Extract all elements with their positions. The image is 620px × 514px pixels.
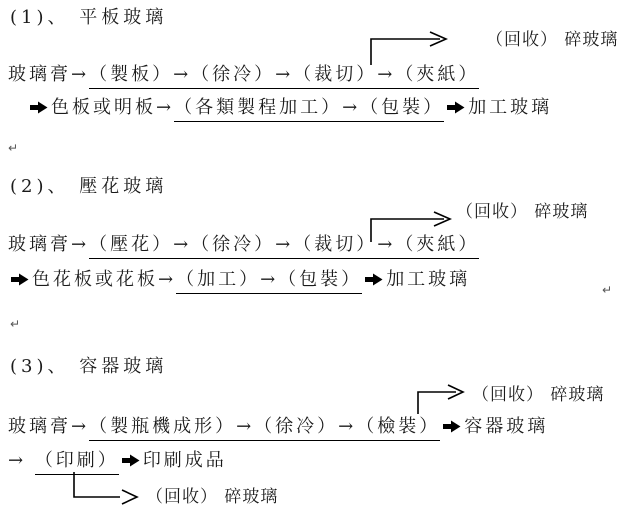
flow-line-3-1: 玻璃膏→（製瓶機成形）→（徐冷）→（檢裝）容器玻璃: [8, 416, 548, 439]
document-page: (1)、 平板玻璃 （回收） 碎玻璃 玻璃膏→（製板）→（徐冷）→（裁切）→（夾…: [0, 0, 620, 514]
flow-arrow: →: [8, 450, 35, 471]
section-2-title: (2)、 壓花玻璃: [10, 176, 167, 198]
recycle-branch-arrow-3: [410, 382, 480, 416]
flow-steps-underlined: （各類製程加工）→（包裝）: [174, 97, 444, 122]
flow-steps-underlined: （壓花）→（徐冷）→（裁切）→（夾紙）: [89, 234, 479, 259]
heavy-arrow-icon: [447, 98, 465, 120]
flow-source: 玻璃膏→: [8, 64, 89, 85]
heavy-arrow-icon: [365, 270, 383, 292]
flow-result: 容器玻璃: [464, 416, 548, 437]
recycle-label-1: （回收） 碎玻璃: [486, 29, 618, 51]
recycle-label-3: （回收） 碎玻璃: [472, 384, 604, 406]
flow-line-3-2: → （印刷）印刷成品: [8, 450, 227, 473]
flow-line-2-2: 色花板或花板→（加工）→（包裝）加工玻璃: [8, 269, 470, 292]
section-3-title: (3)、 容器玻璃: [10, 356, 167, 378]
heavy-arrow-icon: [443, 417, 461, 439]
flow-line-1-2: 色板或明板→（各類製程加工）→（包裝）加工玻璃: [27, 97, 552, 120]
heavy-arrow-icon: [30, 98, 48, 120]
recycle-label-4: （回收） 碎玻璃: [146, 486, 278, 508]
flow-line-1-1: 玻璃膏→（製板）→（徐冷）→（裁切）→（夾紙）: [8, 64, 479, 86]
flow-result: 加工玻璃: [386, 269, 470, 290]
flow-steps-underlined: （製瓶機成形）→（徐冷）→（檢裝）: [89, 416, 440, 441]
flow-line-2-1: 玻璃膏→（壓花）→（徐冷）→（裁切）→（夾紙）: [8, 234, 479, 256]
flow-source: 玻璃膏→: [8, 416, 89, 437]
recycle-label-2: （回收） 碎玻璃: [456, 201, 588, 223]
paragraph-mark-icon: ↵: [10, 317, 20, 331]
flow-result: 印刷成品: [143, 450, 227, 471]
flow-steps-underlined: （加工）→（包裝）: [176, 269, 362, 294]
heavy-arrow-icon: [11, 270, 29, 292]
recycle-branch-arrow-4: [66, 472, 156, 508]
flow-source: 玻璃膏→: [8, 234, 89, 255]
flow-product: 色花板或花板→: [32, 269, 176, 290]
flow-result: 加工玻璃: [468, 97, 552, 118]
flow-product: 色板或明板→: [51, 97, 174, 118]
flow-steps-underlined: （製板）→（徐冷）→（裁切）→（夾紙）: [89, 64, 479, 89]
paragraph-mark-icon: ↵: [8, 141, 18, 155]
section-1-title: (1)、 平板玻璃: [10, 7, 167, 29]
heavy-arrow-icon: [122, 451, 140, 473]
paragraph-mark-icon: ↵: [602, 283, 612, 297]
